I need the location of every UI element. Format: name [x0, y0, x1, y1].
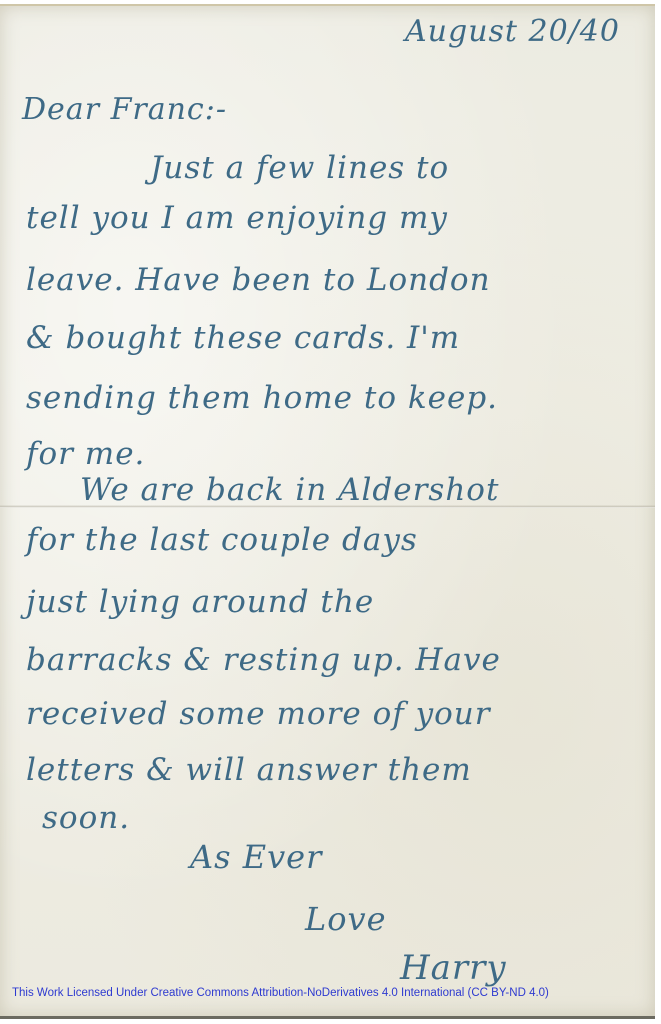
license-notice: This Work Licensed Under Creative Common…: [12, 987, 549, 999]
letter-line: sending them home to keep.: [26, 380, 498, 416]
letter-line: We are back in Aldershot: [80, 472, 499, 508]
letter-line: letters & will answer them: [26, 752, 472, 788]
letter-signature: Harry: [400, 948, 507, 988]
letter-line: for the last couple days: [26, 522, 418, 558]
letter-line: barracks & resting up. Have: [26, 642, 501, 678]
letter-line: tell you I am enjoying my: [26, 200, 448, 236]
letter-line: Just a few lines to: [150, 150, 449, 186]
letter-line: & bought these cards. I'm: [26, 320, 460, 356]
letter-line: received some more of your: [26, 696, 491, 732]
letter-closing: As Ever: [190, 838, 322, 876]
letter-line: leave. Have been to London: [26, 262, 491, 298]
letter-line: soon.: [42, 800, 130, 836]
letter-date: August 20/40: [405, 14, 620, 49]
letter-line: just lying around the: [26, 584, 374, 620]
letter-line: for me.: [26, 436, 145, 472]
letter-salutation: Dear Franc:-: [22, 92, 227, 127]
letter-closing-love: Love: [305, 900, 387, 938]
